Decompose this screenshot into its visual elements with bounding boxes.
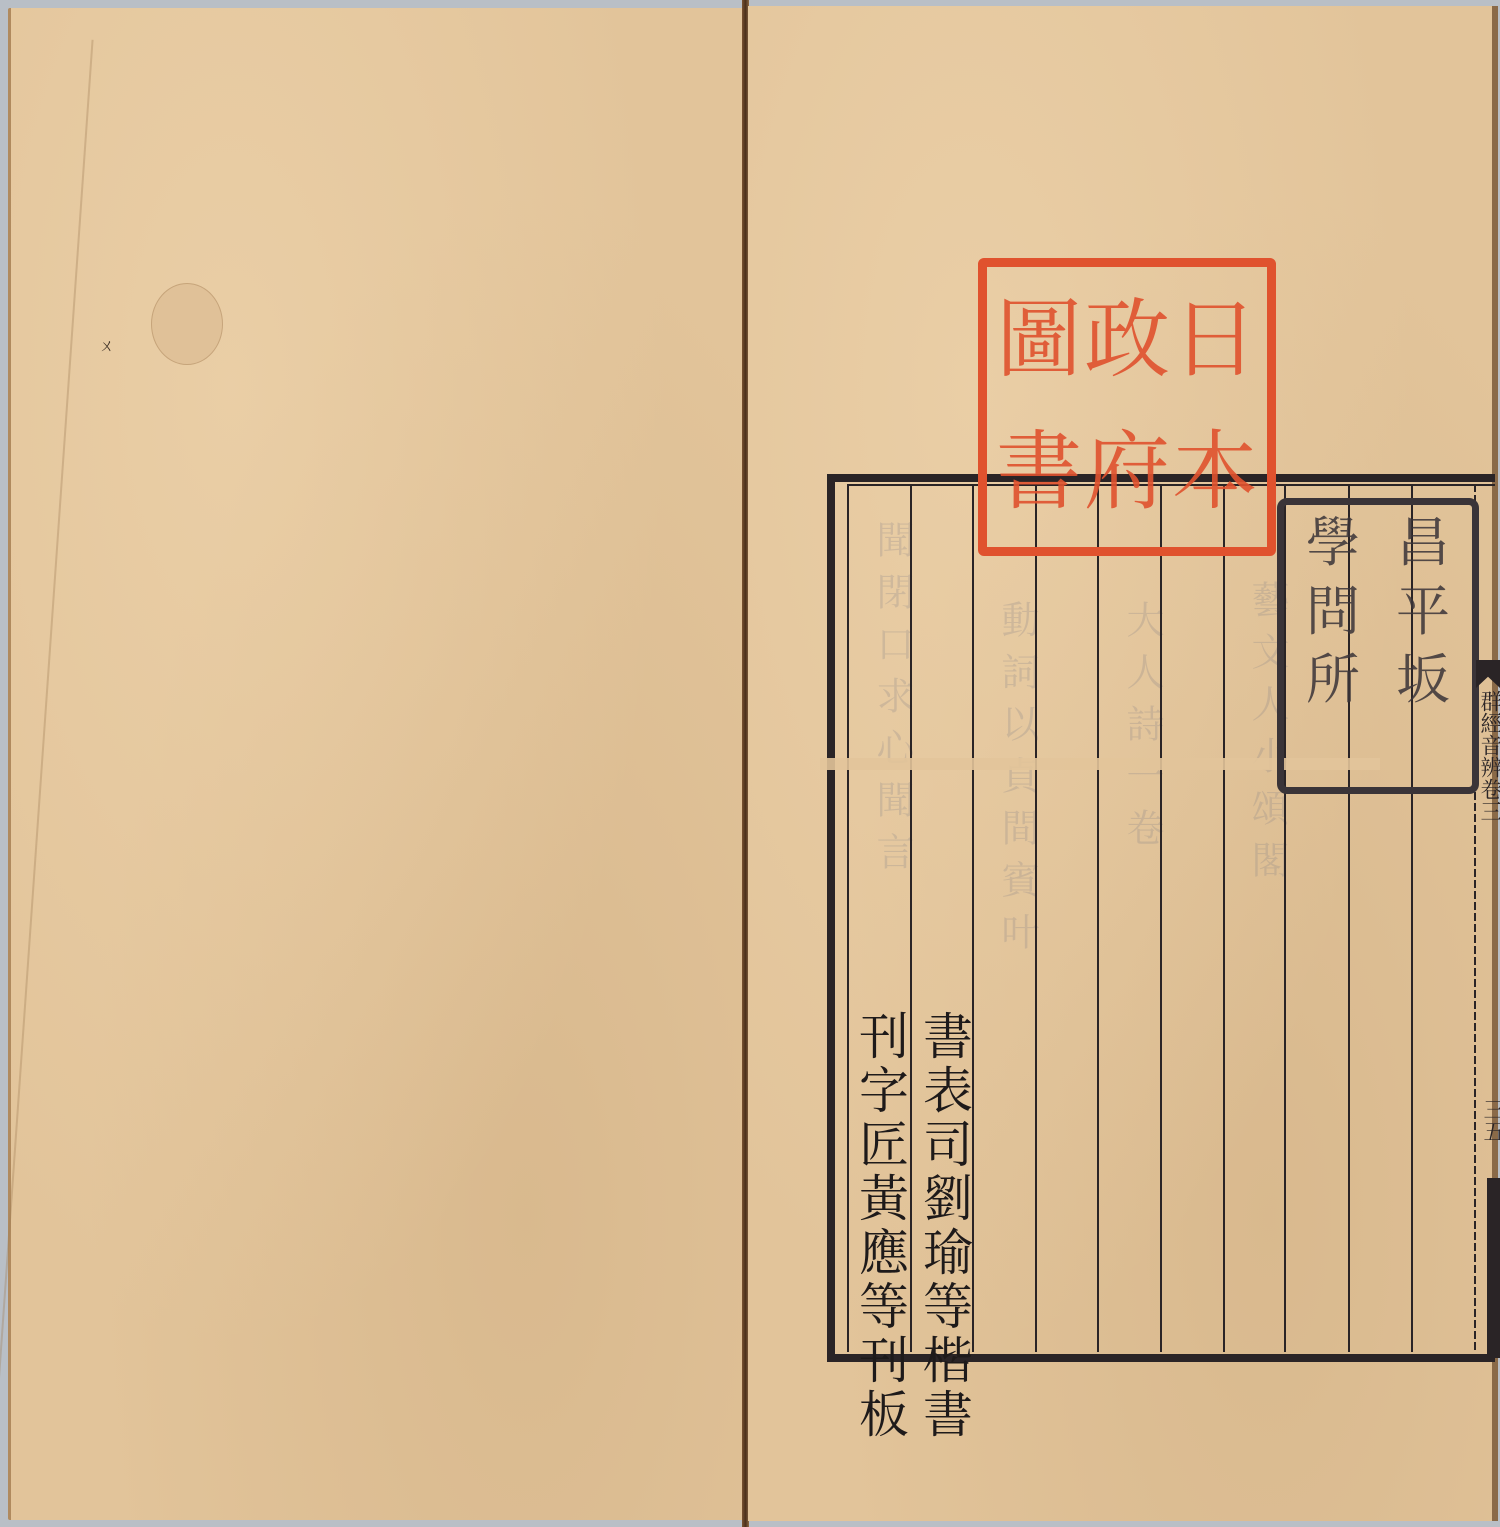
seal-char: 書 (995, 407, 1083, 539)
seal-char: 日 (1171, 275, 1259, 407)
ink-mark: ㄨ (99, 333, 115, 356)
seal-char: 本 (1171, 407, 1259, 539)
seal-char: 圖 (995, 275, 1083, 407)
colophon-carver: 刊字匠黃應等刊板 (852, 1010, 908, 1442)
seal-char: 問 (1288, 578, 1378, 647)
seal-char: 府 (1083, 407, 1171, 539)
seal-char: 所 (1288, 646, 1378, 715)
seal-char: 坂 (1378, 646, 1468, 715)
black-academy-seal: 昌 平 坂 學 問 所 (1277, 498, 1479, 794)
center-fold-title: 群經音辨卷三 (1478, 690, 1500, 822)
column-rule (1160, 484, 1162, 1352)
column-rule (1035, 484, 1037, 1352)
seal-char: 政 (1083, 275, 1171, 407)
column-rule (1223, 484, 1225, 1352)
column-rule (1097, 484, 1099, 1352)
seal-char: 學 (1288, 509, 1378, 578)
colophon-calligrapher: 書表司劉瑜等楷書 (916, 1010, 972, 1442)
paper-crease (0, 40, 94, 1487)
left-page: ㄨ (8, 8, 746, 1520)
fold-black-mouth (1487, 1178, 1500, 1358)
seal-char: 昌 (1378, 509, 1468, 578)
page-number: 三五 (1477, 1098, 1500, 1142)
seal-char: 平 (1378, 578, 1468, 647)
red-library-seal: 日 政 圖 本 府 書 (978, 258, 1276, 556)
paper-stain (151, 283, 223, 365)
column-rule (910, 484, 912, 1352)
